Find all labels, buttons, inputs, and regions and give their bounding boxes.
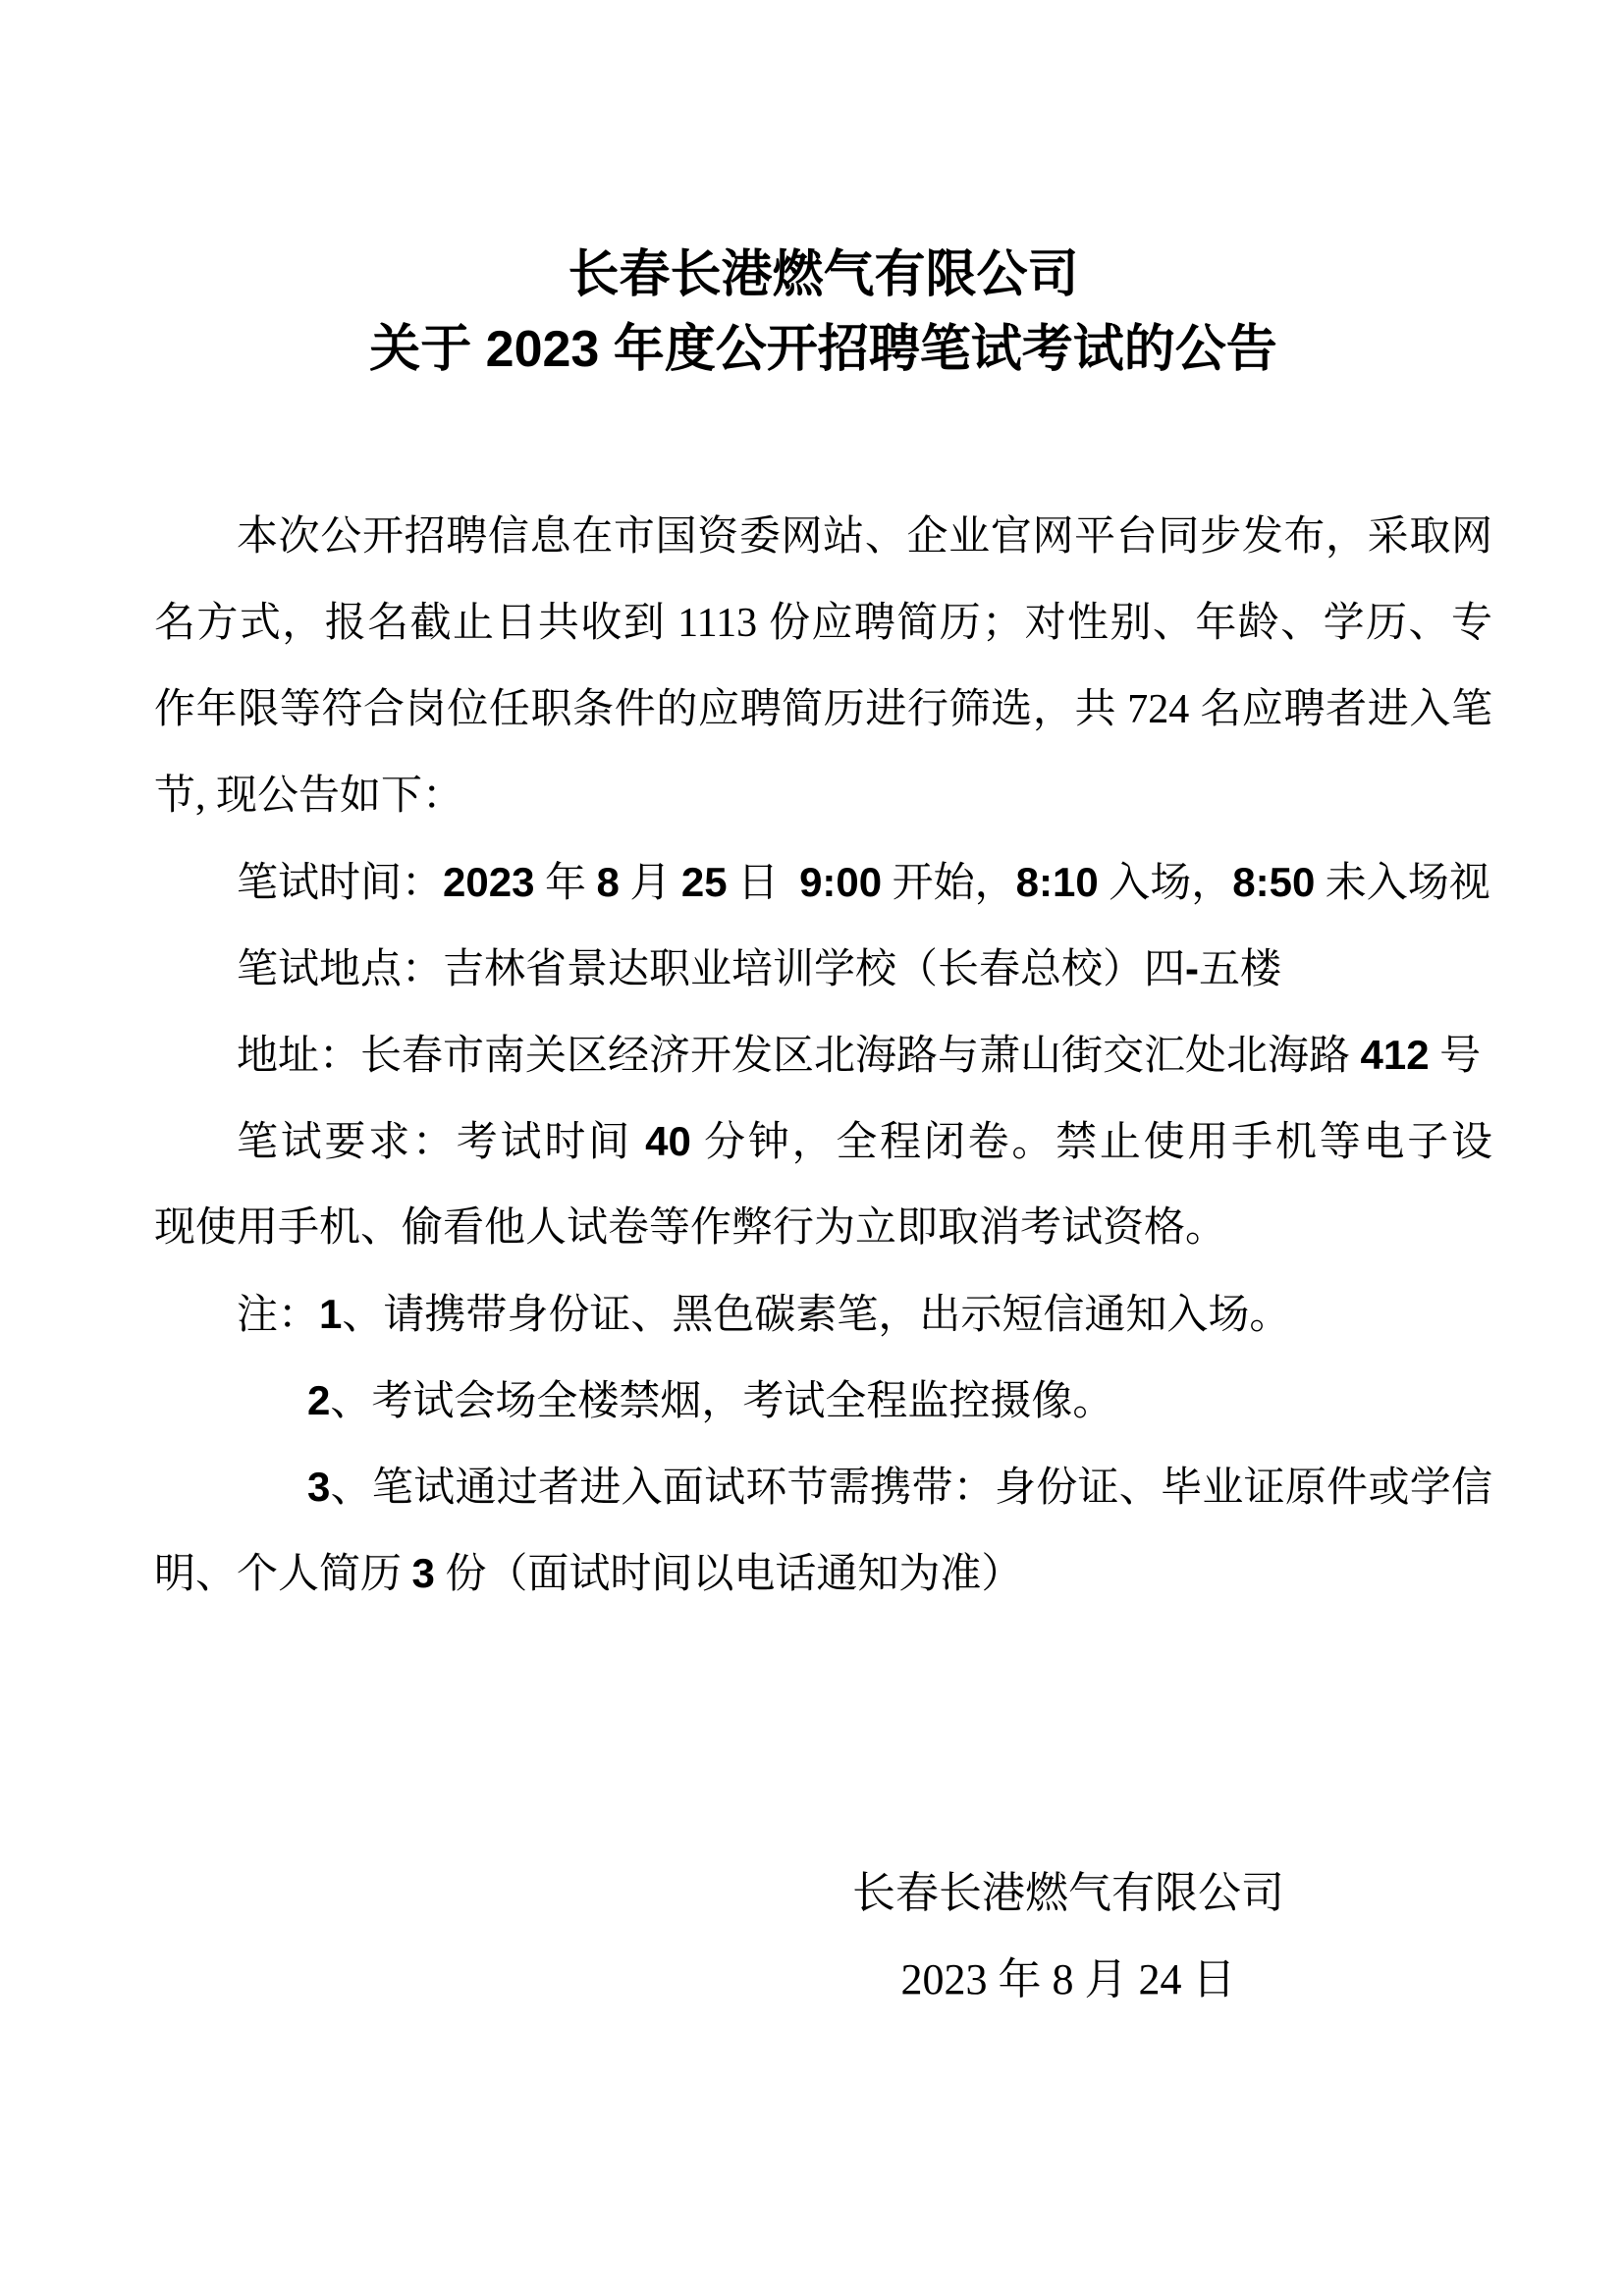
body-line-note-3-1: 3、笔试通过者进入面试环节需携带：身份证、毕业证原件或学信网证 xyxy=(154,1444,1492,1530)
body-line-note-2: 2、考试会场全楼禁烟，考试全程监控摄像。 xyxy=(154,1358,1492,1444)
body-line-requirements-2: 现使用手机、偷看他人试卷等作弊行为立即取消考试资格。 xyxy=(154,1185,1492,1271)
body-line-intro-1: 本次公开招聘信息在市国资委网站、企业官网平台同步发布，采取网上报 xyxy=(154,494,1492,580)
body-line-exam-location: 笔试地点：吉林省景达职业培训学校（长春总校）四-五楼 xyxy=(154,926,1492,1012)
body-line-intro-2: 名方式，报名截止日共收到 1113 份应聘简历；对性别、年龄、学历、专业、工 xyxy=(154,580,1492,667)
signature-date: 2023 年 8 月 24 日 xyxy=(774,1937,1363,2023)
title-company-name: 长春长港燃气有限公司 xyxy=(154,238,1492,312)
body-line-intro-3: 作年限等符合岗位任职条件的应聘简历进行筛选，共 724 名应聘者进入笔试环 xyxy=(154,667,1492,753)
announcement-page: 长春长港燃气有限公司 关于 2023 年度公开招聘笔试考试的公告 本次公开招聘信… xyxy=(0,0,1624,2296)
body-line-address: 地址：长春市南关区经济开发区北海路与萧山街交汇处北海路 412 号 xyxy=(154,1012,1492,1098)
announcement-body: 本次公开招聘信息在市国资委网站、企业官网平台同步发布，采取网上报 名方式，报名截… xyxy=(154,494,1492,1617)
body-line-intro-4: 节, 现公告如下： xyxy=(154,753,1492,839)
signature-block: 长春长港燃气有限公司 2023 年 8 月 24 日 xyxy=(774,1850,1363,2023)
body-line-note-1: 注：1、请携带身份证、黑色碳素笔，出示短信通知入场。 xyxy=(154,1271,1492,1358)
document-title: 长春长港燃气有限公司 关于 2023 年度公开招聘笔试考试的公告 xyxy=(154,238,1492,387)
title-announcement-subject: 关于 2023 年度公开招聘笔试考试的公告 xyxy=(154,312,1492,387)
signature-company-name: 长春长港燃气有限公司 xyxy=(774,1850,1363,1937)
body-line-note-3-2: 明、个人简历 3 份（面试时间以电话通知为准） xyxy=(154,1530,1492,1617)
body-line-requirements-1: 笔试要求：考试时间 40 分钟，全程闭卷。禁止使用手机等电子设备，如发 xyxy=(154,1098,1492,1185)
body-line-exam-time: 笔试时间：2023 年 8 月 25 日 9:00 开始，8:10 入场，8:5… xyxy=(154,839,1492,926)
